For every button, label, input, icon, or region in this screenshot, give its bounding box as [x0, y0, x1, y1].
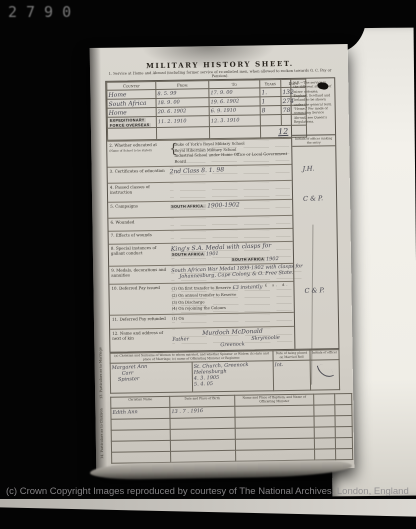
section-label: 10. Deferred Pay issued — [111, 285, 171, 314]
service-from: 20. 6. 1902 — [158, 108, 187, 115]
service-country: Home — [108, 91, 126, 99]
item-value: £3 instantly — [232, 283, 262, 293]
child-name: Edith Ann — [112, 409, 138, 416]
military-history-sheet: MILITARY HISTORY SHEET. 1. Service at Ho… — [105, 58, 341, 470]
form-main-column: Country From To Years Days Home 8. 5. 99… — [106, 79, 295, 351]
money-columns: £ s. d. — [265, 283, 289, 289]
initials-header: Initials of officer — [310, 349, 339, 360]
officer-initials-column: N.B.—The service in the different statio… — [291, 78, 338, 348]
service-to: 6. 9. 1910 — [211, 107, 237, 114]
service-to: 12. 3. 1910 — [211, 117, 240, 124]
section-label: 5. Campaigns — [110, 203, 170, 217]
initials-column-header: Initials of officer making the entry — [292, 134, 335, 147]
south-africa-stamp: SOUTH AFRICA — [171, 252, 205, 257]
margin-note: N.B.—The service in the different statio… — [291, 78, 335, 135]
certificates-value: 2nd Class 8. 1. 98 — [170, 166, 225, 175]
service-from: 11. 2. 1910 — [158, 118, 187, 125]
service-years: 1 — [261, 98, 265, 105]
gallant-conduct-value: King's S.A. Medal with clasps for — [171, 242, 272, 253]
section-label: 4. Passed classes of instruction — [110, 184, 170, 201]
section-label: 8. Special instances of gallant conduct — [111, 245, 171, 265]
section-education: 2. Whether educated at (Name of School t… — [107, 138, 291, 167]
section-next-of-kin: 12. Name and address of next of kin Murd… — [110, 325, 294, 351]
section-gallant-conduct: 8. Special instances of gallant conduct … — [109, 241, 293, 266]
section-label: 7. Effects of wounds — [111, 232, 171, 243]
section-label: 12. Name and address of next of kin — [112, 329, 172, 350]
next-of-kin-address: Skrymoolie — [252, 334, 281, 341]
refund-item: (1) On — [172, 314, 292, 322]
service-country: Home — [109, 109, 127, 117]
section-label: 11. Deferred Pay refunded — [112, 315, 172, 327]
bride-status: Spinster — [118, 376, 140, 383]
marriage-table: (a) Christian and Surname of Woman to wh… — [109, 349, 340, 394]
service-from: 18. 9. 00 — [157, 99, 179, 106]
service-country: South Africa — [108, 99, 146, 107]
marriage-date-2: 5. 4. 05 — [193, 381, 212, 388]
microfilm-frame: 2790 MILITARY HISTORY SHEET. 1. Service … — [0, 0, 416, 529]
campaign-stamp: SOUTH AFRICA. — [170, 204, 206, 209]
service-table: Country From To Years Days Home 8. 5. 99… — [106, 79, 307, 141]
section-label: 6. Wounded — [110, 219, 170, 230]
children-section: 14. Particulars as to Children Christian… — [110, 394, 341, 464]
marriage-section: 13. Particulars as to Marriage (a) Chris… — [109, 349, 340, 394]
officer-initials: C & P. — [303, 194, 323, 202]
child-birth: 13 . 7 . 1916 — [171, 408, 203, 415]
table-row: Margaret Ann Carr Spinster St. Church, G… — [110, 360, 339, 394]
section-label: 3. Certificates of education — [110, 168, 170, 182]
section-label: 2. Whether educated at — [109, 142, 157, 148]
film-frame-counter: 2790 — [8, 3, 80, 21]
next-of-kin-relation: Father — [172, 336, 189, 343]
children-table: Christian Name Date and Place of Birth N… — [110, 393, 353, 464]
service-years: 8 — [262, 107, 266, 114]
marriage-side-label: 13. Particulars as to Marriage — [99, 354, 104, 398]
section-label: 9. Medals, decorations and annuities — [111, 267, 171, 283]
service-to: 17. 9. 00 — [210, 90, 232, 97]
section-sublabel: (Name of School to be stated) — [109, 148, 151, 153]
service-from: 8. 5. 99 — [157, 90, 176, 97]
stamp-year: 1902 — [266, 256, 279, 262]
film-edge-wedge — [0, 499, 416, 519]
school-option: Industrial School under Home Office or L… — [174, 151, 289, 164]
officer-initials: C & P. — [304, 286, 324, 294]
unit-stamp: EXPEDITIONARY — [109, 118, 146, 123]
service-to: 19. 6. 1902 — [210, 98, 239, 105]
children-side-label: 14. Particulars as to Children — [99, 399, 104, 459]
unit-stamp: FORCE OVERSEAS — [109, 123, 151, 128]
married-roll-header: Date of being placed on Married Roll — [273, 350, 310, 361]
campaign-years: 1900-1902 — [207, 201, 240, 209]
item-label: (1) On first transfer to Reserve — [171, 285, 231, 291]
officer-initials: J.H. — [303, 165, 315, 173]
next-of-kin-town: Greenock — [220, 341, 245, 348]
copyright-caption: (c) Crown Copyright Images reproduced by… — [6, 486, 414, 497]
document-page: MILITARY HISTORY SHEET. 1. Service at Ho… — [90, 44, 355, 472]
service-total: 12 — [278, 127, 289, 136]
married-roll-value: Int. — [275, 362, 284, 368]
signature-squiggle — [316, 362, 333, 380]
section-deferred-pay-issued: 10. Deferred Pay issued £ s. d. (1) On f… — [109, 281, 293, 315]
stamp-year: 1901 — [206, 251, 219, 257]
service-days: 78 — [283, 106, 291, 113]
service-years: 1. — [261, 89, 267, 96]
south-africa-stamp: SOUTH AFRICA — [231, 257, 265, 262]
